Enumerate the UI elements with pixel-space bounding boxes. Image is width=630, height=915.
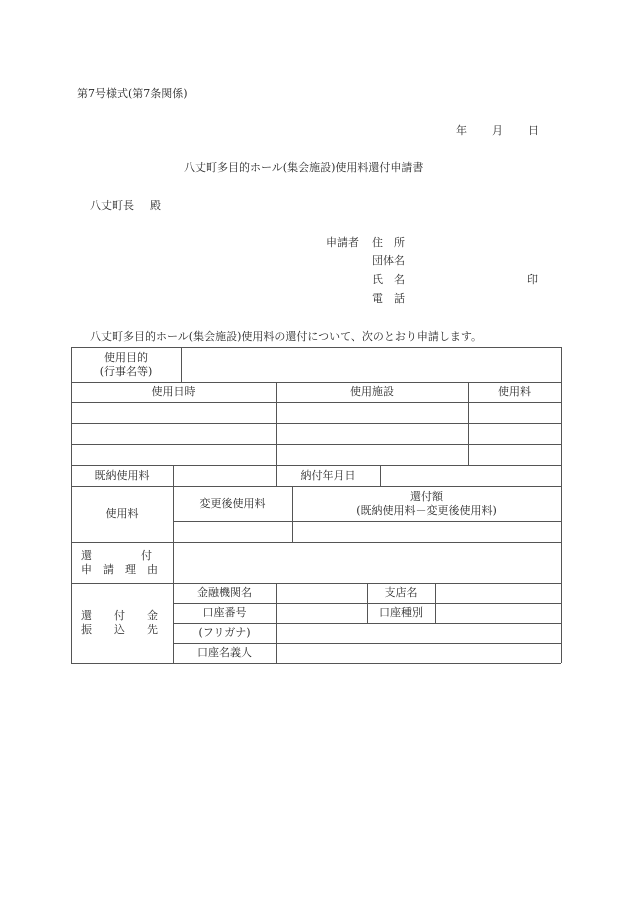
usage-row-1-datetime[interactable] [72,403,275,423]
branch-label: 支店名 [367,583,435,603]
changed-fee-label: 変更後使用料 [173,486,292,521]
account-holder-label: 口座名義人 [173,643,276,663]
purpose-label: 使用目的 (行事名等) [71,347,181,382]
refund-reason-label: 還 付 申 請 理 由 [71,542,173,583]
addressee: 八丈町長 [90,199,134,212]
usage-row-3-fee[interactable] [469,445,560,465]
account-type-field[interactable] [436,604,560,623]
refund-application-table: 使用目的 (行事名等) 使用日時 使用施設 使用料 既納使用料 納付年月日 使用… [71,347,561,663]
refund-reason-label-line1: 還 付 [81,549,153,563]
applicant-label: 申請者 [326,236,359,249]
bank-name-label: 金融機関名 [173,583,276,603]
usage-row-2-fee[interactable] [469,424,560,444]
phone-label: 電 話 [372,292,405,305]
transfer-label-line1: 還 付 金 [81,609,158,623]
refund-reason-field[interactable] [174,543,560,583]
document-title: 八丈町多目的ホール(集会施設)使用料還付申請書 [184,161,423,174]
addressee-honorific: 殿 [150,199,161,212]
name-label: 氏 名 [372,273,405,286]
account-type-label: 口座種別 [367,603,435,623]
usage-row-2-facility[interactable] [277,424,467,444]
organization-label: 団体名 [372,254,405,267]
refund-reason-label-line2: 申 請 理 由 [81,563,158,577]
purpose-field[interactable] [182,348,560,381]
usage-row-3-facility[interactable] [277,445,467,465]
payment-date-label: 納付年月日 [276,465,380,486]
usage-fee-header: 使用料 [468,382,561,402]
usage-datetime-header: 使用日時 [71,382,276,402]
usage-row-3-datetime[interactable] [72,445,275,465]
branch-field[interactable] [436,584,560,603]
purpose-label-line1: 使用目的 [104,351,148,365]
account-number-field[interactable] [277,604,366,623]
payment-date-field[interactable] [381,466,560,486]
transfer-destination-label: 還 付 金 振 込 先 [71,583,173,663]
purpose-label-line2: (行事名等) [100,365,153,379]
refund-amount-label: 還付額 (既納使用料－変更後使用料) [292,486,561,521]
seal-label: 印 [527,273,538,286]
form-number: 第7号様式(第7条関係) [77,87,188,100]
date-year-label: 年 [456,124,467,137]
address-label: 住 所 [372,236,405,249]
usage-row-1-fee[interactable] [469,403,560,423]
bank-name-field[interactable] [277,584,366,603]
refund-amount-field[interactable] [293,522,560,542]
fee-label: 使用料 [71,486,173,542]
refund-amount-label-line2: (既納使用料－変更後使用料) [356,504,497,518]
account-number-label: 口座番号 [173,603,276,623]
intro-text: 八丈町多目的ホール(集会施設)使用料の還付について、次のとおり申請します。 [90,330,482,343]
refund-amount-label-line1: 還付額 [410,490,443,504]
furigana-field[interactable] [277,624,560,643]
usage-facility-header: 使用施設 [276,382,468,402]
date-month-label: 月 [492,124,503,137]
changed-fee-field[interactable] [174,522,291,542]
transfer-label-line2: 振 込 先 [81,623,158,637]
paid-fee-field[interactable] [174,466,275,486]
paid-fee-label: 既納使用料 [71,465,173,486]
account-holder-field[interactable] [277,644,560,663]
usage-row-1-facility[interactable] [277,403,467,423]
usage-row-2-datetime[interactable] [72,424,275,444]
date-day-label: 日 [528,124,539,137]
furigana-label: (フリガナ) [173,623,276,643]
